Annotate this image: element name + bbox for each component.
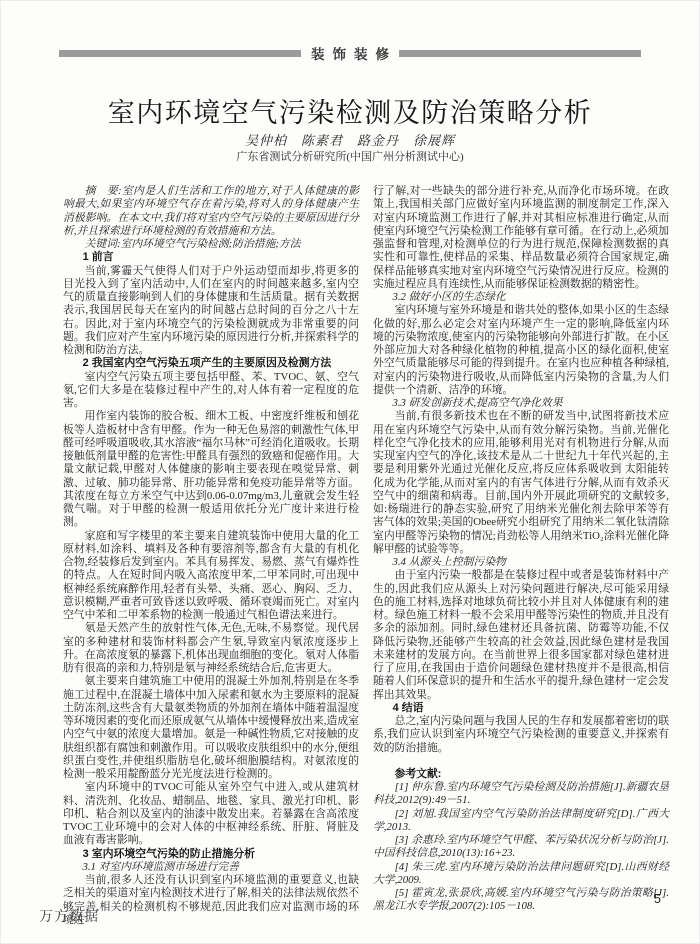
article-authors: 吴仲柏 陈素君 路金丹 徐展辉 — [1, 130, 699, 149]
paragraph: 由于室内污染一般都是在装修过程中或者是装饰材料中产生的,因此我们应从源头上对污染… — [373, 569, 669, 702]
article-body: 摘 要:室内是人们生活和工作的地方,对于人体健康的影响最大,如果室内环境空气存在… — [63, 185, 669, 927]
paragraph: 当前,很多人还没有认识到室内环境监测的重要意义,也缺乏相关的渠道对室内检测技术进… — [63, 874, 359, 927]
journal-page: 装饰装修 室内环境空气污染检测及防治策略分析 吴仲柏 陈素君 路金丹 徐展辉 广… — [0, 0, 700, 944]
section-heading-1: 1 前言 — [63, 251, 359, 264]
reference-item: [4] 朱三虎.室内环境污染防治法律问题研究[D].山西财经大学,2009. — [373, 861, 669, 888]
paragraph: 室内环境中的TVOC可能从室外空气中进入,或从建筑材料、清洗剂、化妆品、蜡制品、… — [63, 781, 359, 847]
paragraph: 家庭和写字楼里的苯主要来自建筑装饰中使用大量的化工原材料,如涂料、填料及各种有要… — [63, 530, 359, 623]
paragraph: 当前,有很多新技术也在不断的研发当中,试图将新技术应用在室内环境空气污染中,从而… — [373, 410, 669, 556]
section-heading-4: 4 结语 — [373, 702, 669, 715]
left-column: 摘 要:室内是人们生活和工作的地方,对于人体健康的影响最大,如果室内环境空气存在… — [63, 185, 359, 927]
paragraph: 室内环境与室外环境是和谐共处的整体,如果小区的生态绿化做的好,那么必定会对室内环… — [373, 304, 669, 397]
subsection-heading-3-3: 3.3 研发创新技术,提高空气净化效果 — [373, 397, 669, 410]
reference-item: [2] 刘旭.我国室内空气污染防治法律制度研究[D].广西大学,2013. — [373, 808, 669, 835]
references-heading: 参考文献: — [373, 768, 669, 781]
article-title: 室内环境空气污染检测及防治策略分析 — [1, 91, 699, 130]
section-heading-3: 3 室内环境空气污染的防止措施分析 — [63, 848, 359, 861]
wanfang-watermark: 万方数据 — [39, 906, 99, 926]
column-banner-label: 装饰装修 — [301, 43, 399, 63]
paragraph: 用作室内装饰的胶合板、细木工板、中密度纤维板和刨花板等人造板材中含有甲醛。作为一… — [63, 410, 359, 529]
paragraph: 室内空气污染五项主要包括甲醛、苯、TVOC、氨、空气氡,它们大多是在装修过程中产… — [63, 371, 359, 411]
paragraph: 氡是天然产生的放射性气体,无色,无味,不易察觉。现代居室的多种建材和装饰材料都会… — [63, 622, 359, 675]
subsection-heading-3-4: 3.4 从源头上控制污染物 — [373, 556, 669, 569]
reference-item: [3] 余惠玲.室内环境空气甲醛、苯污染状况分析与防治[J].中国科技信息,20… — [373, 834, 669, 861]
subsection-heading-3-2: 3.2 做好小区的生态绿化 — [373, 291, 669, 304]
abstract-text: 摘 要:室内是人们生活和工作的地方,对于人体健康的影响最大,如果室内环境空气存在… — [63, 185, 359, 238]
reference-item: [5] 霍寅龙,张景欣,高媛.室内环境空气污染与防治策略[J].黑龙江水专学报,… — [373, 887, 669, 914]
paragraph: 氨主要来自建筑施工中使用的混凝土外加剂,特别是在冬季施工过程中,在混凝土墙体中加… — [63, 675, 359, 781]
section-heading-2: 2 我国室内空气污染五项产生的主要原因及检测方法 — [63, 357, 359, 370]
article-affiliation: 广东省测试分析研究所(中国广州分析测试中心) — [1, 148, 699, 164]
reference-item: [1] 仲东鲁.室内环境空气污染检测及防治措施[J].新疆农垦科技,2012(9… — [373, 781, 669, 808]
column-banner: 装饰装修 — [59, 43, 641, 63]
banner-left-rule — [59, 50, 301, 57]
paragraph: 当前,雾霾天气使得人们对于户外运动望而却步,将更多的目光投入到了室内活动中,人们… — [63, 265, 359, 358]
banner-right-rule — [399, 50, 641, 57]
keywords-text: 关键词:室内环境空气污染检测;防治措施;方法 — [63, 238, 359, 251]
right-column: 行了解,对一些缺失的部分进行补充,从而净化市场环境。在政策上,我国相关部门应做好… — [373, 185, 669, 927]
page-number: 5 — [654, 892, 661, 906]
paragraph: 总之,室内污染问题与我国人民的生存和发展都着密切的联系,我们应认识到室内环境空气… — [373, 715, 669, 755]
paragraph-continued: 行了解,对一些缺失的部分进行补充,从而净化市场环境。在政策上,我国相关部门应做好… — [373, 185, 669, 291]
subsection-heading-3-1: 3.1 对室内环境监测市场进行完善 — [63, 861, 359, 874]
